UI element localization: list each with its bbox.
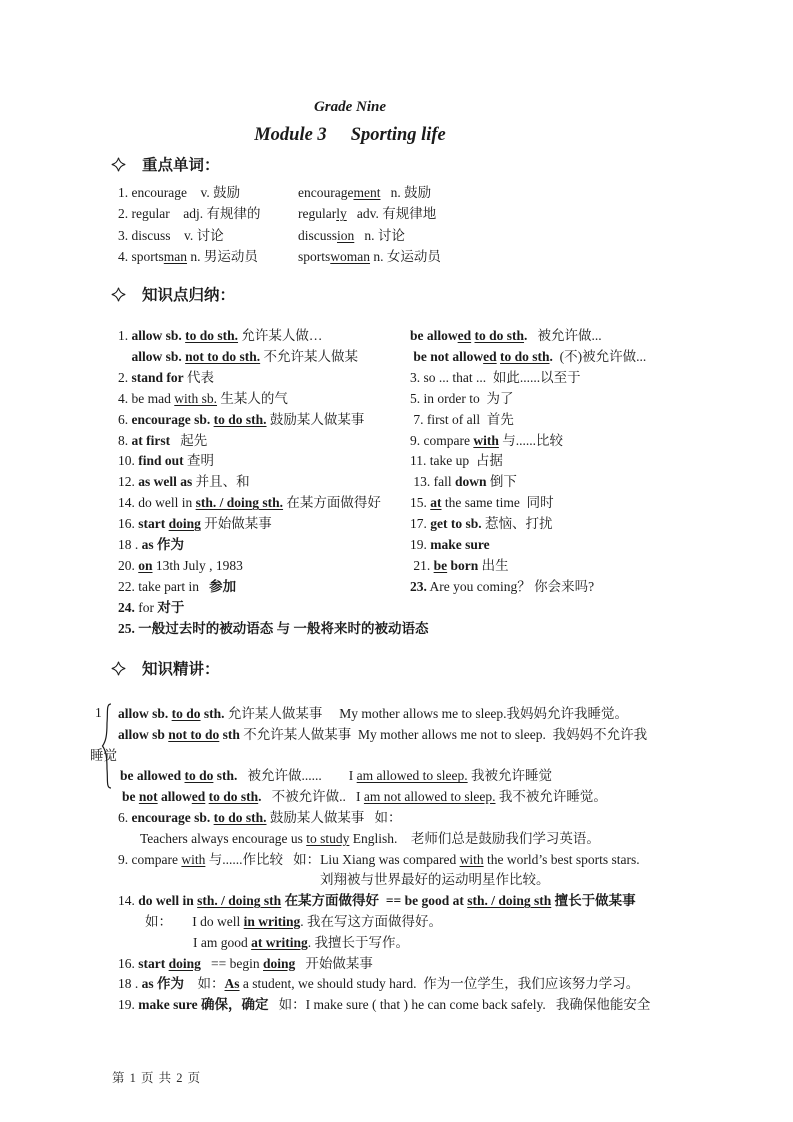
text-segment: be allow: [410, 328, 458, 343]
text-segment: am allowed to sleep.: [357, 768, 468, 783]
section-heading-keywords: 重点单词：: [111, 153, 220, 175]
text-segment: . 我在写这方面做得好。: [300, 914, 442, 929]
text-segment: Are you coming？ 你会来吗?: [427, 579, 594, 594]
knowledge-point-row: 10. find out 查明11. take up 占据: [118, 451, 753, 472]
kp-cell-right: 3. so ... that ... 如此......以至于: [410, 368, 753, 389]
text-segment: in writing: [244, 914, 301, 929]
text-segment: regular: [298, 206, 336, 221]
text-segment: == be good at: [379, 893, 467, 908]
explanation-line: 睡觉: [90, 746, 762, 767]
text-segment: be: [122, 789, 139, 804]
text-segment: 我不被允许睡觉。: [496, 789, 607, 804]
text-segment: make sure: [430, 537, 489, 552]
text-segment: be not allow: [413, 349, 483, 364]
knowledge-point-row: 16. start doing 开始做某事17. get to sb. 惹恼、打…: [118, 514, 753, 535]
text-segment: 开始做某事: [201, 516, 272, 531]
text-segment: (不)被允许做...: [553, 349, 646, 364]
text-segment: 我被允许睡觉: [468, 768, 552, 783]
explanation-line: allow sb. to do sth. 允许某人做某事 My mother a…: [90, 704, 762, 725]
knowledge-point-row: 4. be mad with sb. 生某人的气5. in order to 为…: [118, 389, 753, 410]
diamond-star-icon: [111, 661, 126, 676]
text-segment: woman: [330, 249, 370, 264]
text-segment: 13. fall: [410, 474, 455, 489]
explanation-line: be allowed to do sth. 被允许做...... I am al…: [90, 766, 762, 787]
text-segment: 4. be mad: [118, 391, 174, 406]
text-segment: 25.: [118, 621, 135, 636]
knowledge-point-row: 1. allow sb. to do sth. 允许某人做…be allowed…: [118, 326, 753, 347]
text-segment: n. 鼓励: [380, 185, 431, 200]
kp-cell-left: 1. allow sb. to do sth. 允许某人做…: [118, 326, 410, 347]
text-segment: allow sb.: [118, 706, 172, 721]
text-segment: 对于: [157, 600, 184, 615]
text-segment: English. 老师们总是鼓励我们学习英语。: [349, 831, 600, 846]
text-segment: the same time 同时: [442, 495, 554, 510]
text-segment: at writing: [251, 935, 308, 950]
text-segment: 出生: [478, 558, 508, 573]
kp-cell-left: 22. take part in 参加: [118, 577, 410, 598]
text-segment: 查明: [184, 453, 214, 468]
text-segment: ed: [483, 349, 497, 364]
text-segment: n. 女运动员: [370, 249, 441, 264]
text-segment: sth. / doing sth: [467, 893, 551, 908]
explanation-list: allow sb. to do sth. 允许某人做某事 My mother a…: [90, 704, 762, 1016]
text-segment: ment: [353, 185, 380, 200]
text-segment: to do sth: [500, 349, 550, 364]
kp-cell-left: 20. on 13th July , 1983: [118, 556, 410, 577]
text-segment: 如：I make sure ( that ) he can come back …: [269, 997, 651, 1012]
text-segment: with: [181, 852, 205, 867]
text-segment: not to do sth.: [185, 349, 260, 364]
text-segment: to do sth: [209, 789, 259, 804]
text-segment: be allowed: [120, 768, 185, 783]
text-segment: encourage sb.: [132, 810, 214, 825]
explanation-line: 6. encourage sb. to do sth. 鼓励某人做某事 如：: [90, 808, 762, 829]
text-segment: 确保，确定: [201, 997, 269, 1012]
text-segment: 生某人的气: [217, 391, 288, 406]
text-segment: 3. so ... that ... 如此......以至于: [410, 370, 581, 385]
text-segment: I am good: [193, 935, 251, 950]
text-segment: 并且、和: [192, 474, 249, 489]
explanation-line: Teachers always encourage us to study En…: [90, 829, 762, 850]
text-segment: ly: [336, 206, 347, 221]
text-segment: 9. compare: [410, 433, 473, 448]
text-segment: 参加: [209, 579, 236, 594]
text-segment: 不允许某人做某: [260, 349, 358, 364]
doc-grade-title: Grade Nine: [90, 99, 610, 116]
text-segment: at first: [132, 433, 171, 448]
text-segment: 11. take up 占据: [410, 453, 503, 468]
section-heading-label: 知识点归纳：: [142, 283, 235, 305]
text-segment: with: [460, 852, 484, 867]
text-segment: 3. discuss v. 讨论: [118, 228, 224, 243]
text-segment: 作为: [157, 537, 184, 552]
text-segment: sth.: [213, 768, 237, 783]
text-segment: with: [473, 433, 499, 448]
text-segment: as well as: [138, 474, 192, 489]
text-segment: [118, 349, 132, 364]
text-segment: to do: [185, 768, 214, 783]
text-segment: find out: [138, 453, 183, 468]
kp-cell-right: 17. get to sb. 惹恼、打扰: [410, 514, 753, 535]
text-segment: 睡觉: [90, 748, 117, 763]
text-segment: 22. take part in: [118, 579, 209, 594]
text-segment: 12.: [118, 474, 138, 489]
explanation-line: be not allowed to do sth. 不被允许做.. I am n…: [90, 787, 762, 808]
text-segment: 允许某人做…: [238, 328, 322, 343]
text-segment: 如： I do well: [145, 914, 244, 929]
document-page: Grade Nine Module 3Sporting life 重点单词： 1…: [0, 0, 793, 1122]
text-segment: As: [225, 976, 240, 991]
text-segment: to do sth.: [214, 810, 267, 825]
text-segment: 1. encourage v. 鼓励: [118, 185, 240, 200]
kp-cell-right: 11. take up 占据: [410, 451, 753, 472]
text-segment: to study: [306, 831, 349, 846]
text-segment: the world’s best sports stars.: [484, 852, 640, 867]
keyword-cell-left: 4. sportsman n. 男运动员: [118, 246, 298, 267]
kp-cell-left: 2. stand for 代表: [118, 368, 410, 389]
explanation-line: allow sb not to do sth 不允许某人做某事 My mothe…: [90, 725, 762, 746]
text-segment: 被允许做...... I: [237, 768, 356, 783]
keyword-cell-right: encouragement n. 鼓励: [298, 182, 718, 203]
text-segment: adv. 有规律地: [347, 206, 437, 221]
text-segment: 8.: [118, 433, 132, 448]
text-segment: 14. do well in: [118, 495, 196, 510]
text-segment: at: [430, 495, 441, 510]
text-segment: 16.: [118, 956, 138, 971]
text-segment: 5. in order to 为了: [410, 391, 514, 406]
text-segment: with sb.: [174, 391, 217, 406]
text-segment: 刘翔被与世界最好的运动明星作比较。: [320, 872, 550, 887]
knowledge-point-row: 2. stand for 代表3. so ... that ... 如此....…: [118, 368, 753, 389]
kp-cell-right: 7. first of all 首先: [410, 410, 753, 431]
text-segment: 开始做某事: [295, 956, 373, 971]
kp-cell-right: be allowed to do sth. 被允许做...: [410, 326, 753, 347]
text-segment: be: [434, 558, 448, 573]
keyword-list: 1. encourage v. 鼓励encouragement n. 鼓励2. …: [118, 182, 718, 267]
text-segment: doing: [169, 516, 201, 531]
text-segment: discuss: [298, 228, 337, 243]
text-segment: 与......作比较 如：Liu Xiang was compared: [205, 852, 459, 867]
text-segment: ed: [458, 328, 472, 343]
kp-cell-right: 19. make sure: [410, 535, 753, 556]
explanation-line: 如： I do well in writing. 我在写这方面做得好。: [90, 912, 762, 933]
keyword-row: 1. encourage v. 鼓励encouragement n. 鼓励: [118, 182, 718, 203]
text-segment: doing: [263, 956, 295, 971]
keyword-cell-right: discussion n. 讨论: [298, 225, 718, 246]
kp-cell-right: 9. compare with 与......比较: [410, 431, 753, 452]
diamond-star-icon: [111, 287, 126, 302]
text-segment: 倒下: [487, 474, 517, 489]
text-segment: 鼓励某人做某事 如：: [267, 810, 402, 825]
text-segment: 24.: [118, 600, 135, 615]
kp-cell-left: allow sb. not to do sth. 不允许某人做某: [118, 347, 410, 368]
text-segment: allow: [158, 789, 192, 804]
text-segment: 起先: [170, 433, 207, 448]
text-segment: 18 .: [118, 976, 142, 991]
text-segment: start: [138, 516, 168, 531]
kp-cell-right: 13. fall down 倒下: [410, 472, 753, 493]
keyword-cell-left: 2. regular adj. 有规律的: [118, 203, 298, 224]
knowledge-point-row: 14. do well in sth. / doing sth. 在某方面做得好…: [118, 493, 753, 514]
text-segment: 20.: [118, 558, 138, 573]
text-segment: not: [139, 789, 158, 804]
text-segment: 惹恼、打扰: [482, 516, 553, 531]
text-segment: 13th July , 1983: [153, 558, 243, 573]
section-heading-label: 重点单词：: [142, 153, 220, 175]
text-segment: allow sb.: [132, 328, 186, 343]
kp-cell-left: 10. find out 查明: [118, 451, 410, 472]
kp-cell-right: 23. Are you coming？ 你会来吗?: [410, 577, 753, 598]
page-footer: 第 1 页 共 2 页: [112, 1068, 201, 1086]
kp-cell-right: be not allowed to do sth. (不)被允许做...: [410, 347, 753, 368]
text-segment: 代表: [184, 370, 214, 385]
text-segment: sth.: [201, 706, 225, 721]
text-segment: a student, we should study hard. 作为一位学生，…: [240, 976, 640, 991]
text-segment: 6.: [118, 412, 132, 427]
text-segment: 19.: [410, 537, 430, 552]
explanation-line: I am good at writing. 我擅长于写作。: [90, 933, 762, 954]
explanation-line: 19. make sure 确保，确定 如：I make sure ( that…: [90, 995, 762, 1016]
text-segment: 15.: [410, 495, 430, 510]
explanation-line: 14. do well in sth. / doing sth 在某方面做得好 …: [90, 891, 762, 912]
text-segment: 在某方面做得好: [283, 495, 381, 510]
kp-cell-left: 8. at first 起先: [118, 431, 410, 452]
kp-cell-left: 6. encourage sb. to do sth. 鼓励某人做某事: [118, 410, 410, 431]
text-segment: born: [451, 558, 479, 573]
text-segment: allow sb: [118, 727, 168, 742]
text-segment: 17.: [410, 516, 430, 531]
text-segment: start: [138, 956, 168, 971]
explanation-line: 18 . as 作为 如：As a student, we should stu…: [90, 974, 762, 995]
keyword-row: 4. sportsman n. 男运动员sportswoman n. 女运动员: [118, 246, 718, 267]
text-segment: 擅长于做某事: [555, 893, 636, 908]
text-segment: 21.: [410, 558, 434, 573]
knowledge-point-row: 25. 一般过去时的被动语态 与 一般将来时的被动语态: [118, 619, 753, 640]
keyword-cell-left: 3. discuss v. 讨论: [118, 225, 298, 246]
kp-cell-left: 16. start doing 开始做某事: [118, 514, 410, 535]
text-segment: doing: [169, 956, 201, 971]
knowledge-point-list: 1. allow sb. to do sth. 允许某人做…be allowed…: [118, 326, 753, 640]
text-segment: 一般过去时的被动语态 与 一般将来时的被动语态: [138, 621, 428, 636]
text-segment: 允许某人做某事 My mother allows me to sleep.我妈妈…: [225, 706, 628, 721]
topic-label: Sporting life: [351, 125, 446, 145]
text-segment: 如：: [184, 976, 225, 991]
kp-cell-left: 4. be mad with sb. 生某人的气: [118, 389, 410, 410]
text-segment: 23.: [410, 579, 427, 594]
text-segment: sth. / doing sth: [197, 893, 281, 908]
text-segment: 16.: [118, 516, 138, 531]
diamond-star-icon: [111, 157, 126, 172]
text-segment: 7. first of all 首先: [410, 412, 514, 427]
text-segment: for: [135, 600, 158, 615]
knowledge-point-row: 24. for 对于: [118, 598, 753, 619]
text-segment: sports: [298, 249, 330, 264]
kp-cell-right: 15. at the same time 同时: [410, 493, 753, 514]
kp-cell-right: 21. be born 出生: [410, 556, 753, 577]
module-label: Module 3: [254, 125, 326, 145]
text-segment: sth. / doing sth.: [196, 495, 283, 510]
text-segment: encourage: [298, 185, 353, 200]
keyword-cell-left: 1. encourage v. 鼓励: [118, 182, 298, 203]
text-segment: 不允许某人做某事 My mother allows me not to slee…: [240, 727, 647, 742]
text-segment: 18 .: [118, 537, 142, 552]
text-segment: 鼓励某人做某事: [267, 412, 365, 427]
text-segment: 被允许做...: [527, 328, 601, 343]
keyword-row: 3. discuss v. 讨论discussion n. 讨论: [118, 225, 718, 246]
text-segment: 2.: [118, 370, 132, 385]
text-segment: stand for: [132, 370, 184, 385]
section-heading-explain: 知识精讲：: [111, 657, 220, 679]
text-segment: 9. compare: [118, 852, 181, 867]
text-segment: to do: [172, 706, 201, 721]
text-segment: n. 讨论: [354, 228, 405, 243]
text-segment: n. 男运动员: [187, 249, 258, 264]
text-segment: == begin: [201, 956, 263, 971]
kp-cell-left: 12. as well as 并且、和: [118, 472, 410, 493]
text-segment: to do sth: [475, 328, 525, 343]
text-segment: 10.: [118, 453, 138, 468]
knowledge-point-row: 18 . as 作为19. make sure: [118, 535, 753, 556]
keyword-row: 2. regular adj. 有规律的regularly adv. 有规律地: [118, 203, 718, 224]
text-segment: do well in: [138, 893, 197, 908]
text-segment: am not allowed to sleep.: [364, 789, 496, 804]
text-segment: 2. regular adj. 有规律的: [118, 206, 260, 221]
text-segment: 14.: [118, 893, 138, 908]
text-segment: not to do: [168, 727, 219, 742]
text-segment: as: [142, 537, 154, 552]
text-segment: get to sb.: [430, 516, 481, 531]
text-segment: 1.: [118, 328, 132, 343]
explanation-line: 16. start doing == begin doing 开始做某事: [90, 954, 762, 975]
explanation-line: 刘翔被与世界最好的运动明星作比较。: [90, 870, 762, 891]
doc-module-title: Module 3Sporting life: [90, 125, 610, 146]
kp-cell-left: 14. do well in sth. / doing sth. 在某方面做得好: [118, 493, 410, 514]
text-segment: to do sth.: [185, 328, 238, 343]
text-segment: 不被允许做.. I: [262, 789, 364, 804]
knowledge-point-row: 8. at first 起先9. compare with 与......比较: [118, 431, 753, 452]
knowledge-point-row: 6. encourage sb. to do sth. 鼓励某人做某事 7. f…: [118, 410, 753, 431]
text-segment: ion: [337, 228, 354, 243]
text-segment: on: [138, 558, 152, 573]
text-segment: man: [164, 249, 187, 264]
text-segment: encourage sb.: [132, 412, 214, 427]
text-segment: Teachers always encourage us: [140, 831, 306, 846]
keyword-cell-right: sportswoman n. 女运动员: [298, 246, 718, 267]
knowledge-point-row: 20. on 13th July , 1983 21. be born 出生: [118, 556, 753, 577]
knowledge-point-row: 22. take part in 参加23. Are you coming？ 你…: [118, 577, 753, 598]
text-segment: 作为: [157, 976, 184, 991]
keyword-cell-right: regularly adv. 有规律地: [298, 203, 718, 224]
text-segment: 19.: [118, 997, 138, 1012]
kp-cell-left: 18 . as 作为: [118, 535, 410, 556]
text-segment: ed: [192, 789, 206, 804]
knowledge-point-row: 12. as well as 并且、和 13. fall down 倒下: [118, 472, 753, 493]
text-segment: allow sb.: [132, 349, 186, 364]
section-heading-summary: 知识点归纳：: [111, 283, 235, 305]
text-segment: sth: [219, 727, 240, 742]
text-segment: as: [142, 976, 154, 991]
text-segment: make sure: [138, 997, 197, 1012]
text-segment: 在某方面做得好: [285, 893, 380, 908]
knowledge-point-row: allow sb. not to do sth. 不允许某人做某 be not …: [118, 347, 753, 368]
explanation-line: 9. compare with 与......作比较 如：Liu Xiang w…: [90, 850, 762, 871]
text-segment: down: [455, 474, 487, 489]
text-segment: 6.: [118, 810, 132, 825]
section-heading-label: 知识精讲：: [142, 657, 220, 679]
text-segment: . 我擅长于写作。: [308, 935, 409, 950]
kp-cell-right: 5. in order to 为了: [410, 389, 753, 410]
text-segment: 4. sports: [118, 249, 164, 264]
text-segment: 与......比较: [499, 433, 563, 448]
text-segment: to do sth.: [214, 412, 267, 427]
